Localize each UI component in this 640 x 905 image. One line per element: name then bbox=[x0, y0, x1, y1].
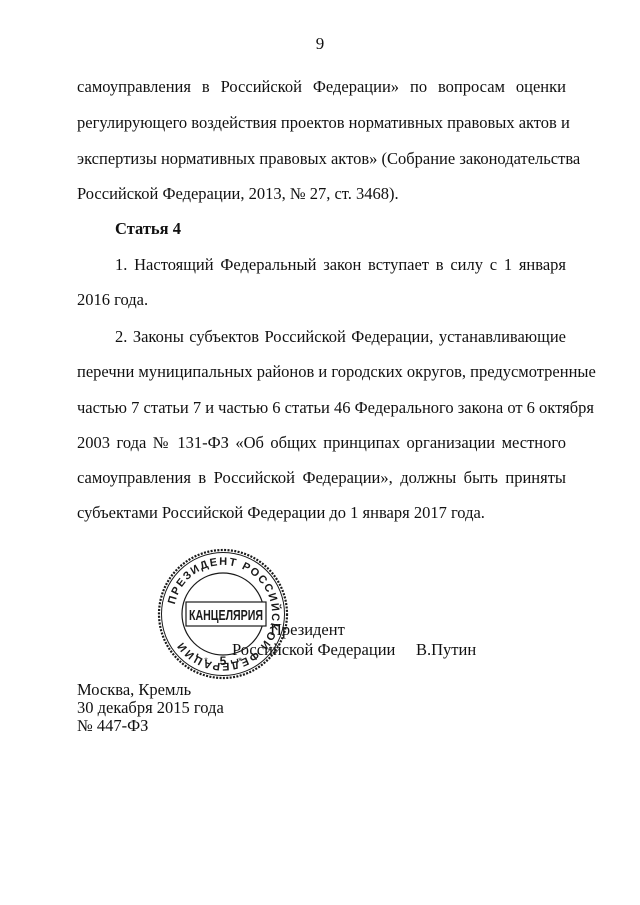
stamp-seal-icon: ПРЕЗИДЕНТ РОССИЙСКОЙ ФЕДЕРАЦИИ 5 * * КАН… bbox=[156, 547, 290, 681]
svg-text:*: * bbox=[204, 656, 208, 666]
text-line: 2016 года. bbox=[77, 290, 566, 310]
svg-text:*: * bbox=[238, 656, 242, 666]
text-line: самоуправления в Российской Федерации» п… bbox=[77, 77, 566, 97]
text-line: экспертизы нормативных правовых актов» (… bbox=[77, 149, 566, 169]
text-line: 2. Законы субъектов Российской Федерации… bbox=[115, 327, 566, 347]
text-line: субъектами Российской Федерации до 1 янв… bbox=[77, 503, 566, 523]
article-heading: Статья 4 bbox=[115, 219, 566, 239]
official-stamp: ПРЕЗИДЕНТ РОССИЙСКОЙ ФЕДЕРАЦИИ 5 * * КАН… bbox=[156, 547, 290, 681]
page-number: 9 bbox=[0, 34, 640, 54]
text-line: частью 7 статьи 7 и частью 6 статьи 46 Ф… bbox=[77, 398, 566, 418]
signature-name: В.Путин bbox=[416, 640, 476, 660]
text-line: самоуправления в Российской Федерации», … bbox=[77, 468, 566, 488]
footer-date: 30 декабря 2015 года bbox=[77, 699, 224, 717]
svg-text:5: 5 bbox=[220, 654, 227, 668]
text-line: перечни муниципальных районов и городски… bbox=[77, 362, 566, 382]
text-line: Российской Федерации, 2013, № 27, ст. 34… bbox=[77, 184, 566, 204]
text-line: регулирующего воздействия проектов норма… bbox=[77, 113, 566, 133]
text-line: 1. Настоящий Федеральный закон вступает … bbox=[115, 255, 566, 275]
svg-text:КАНЦЕЛЯРИЯ: КАНЦЕЛЯРИЯ bbox=[189, 607, 263, 624]
footer-law-number: № 447-ФЗ bbox=[77, 717, 148, 735]
text-line: 2003 года № 131-ФЗ «Об общих принципах о… bbox=[77, 433, 566, 453]
footer-place: Москва, Кремль bbox=[77, 681, 191, 699]
